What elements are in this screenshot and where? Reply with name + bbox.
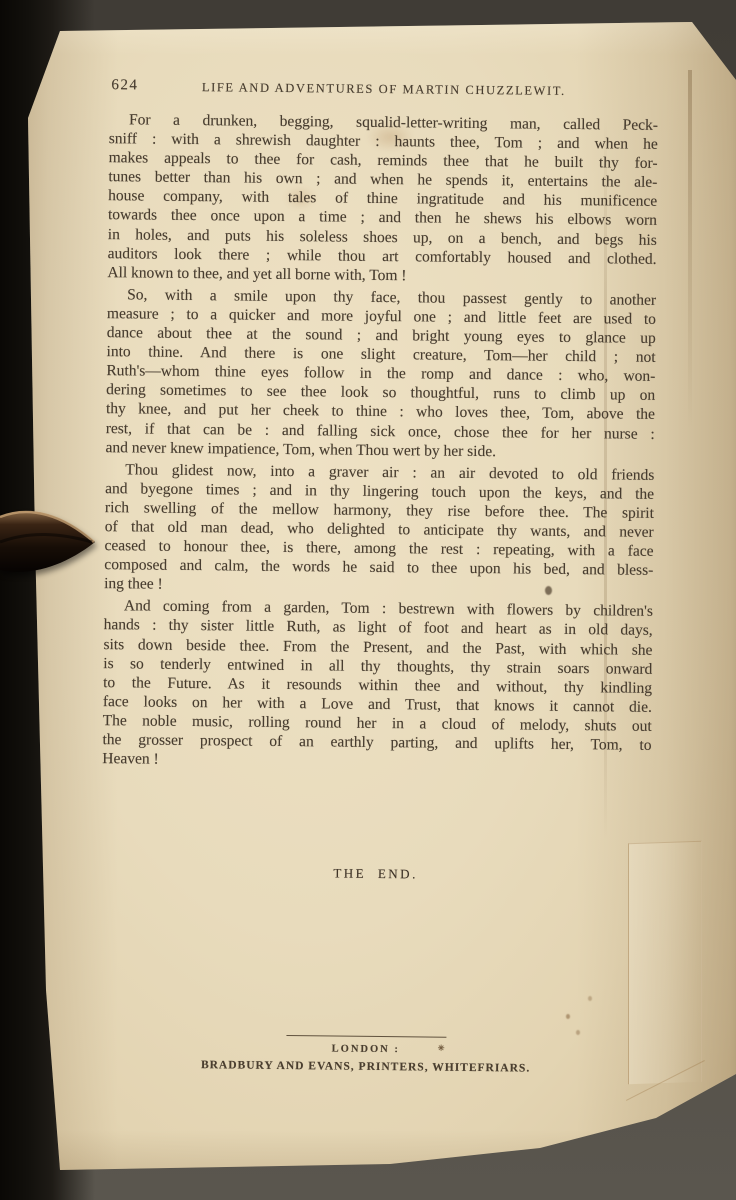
- pen-nib-body: [0, 511, 95, 572]
- paragraph: Thou glidest now, into a graver air : an…: [104, 460, 654, 599]
- imprint-city: LONDON : ✳: [91, 1041, 640, 1058]
- page-header: 624 LIFE AND ADVENTURES OF MARTIN CHUZZL…: [109, 77, 658, 100]
- paragraph: For a drunken, begging, squalid-letter-w…: [107, 110, 658, 288]
- imprint-block: LONDON : ✳ BRADBURY AND EVANS, PRINTERS,…: [91, 1033, 640, 1076]
- imprint-city-text: LONDON :: [332, 1044, 400, 1056]
- pen-nib-object: [0, 500, 100, 588]
- printed-content: 624 LIFE AND ADVENTURES OF MARTIN CHUZZL…: [0, 0, 736, 1200]
- running-title: LIFE AND ADVENTURES OF MARTIN CHUZZLEWIT…: [109, 77, 658, 100]
- the-end-label: THE END.: [101, 863, 650, 885]
- imprint-rule: [286, 1035, 446, 1038]
- paragraph: And coming from a garden, Tom : bestrewn…: [102, 596, 653, 774]
- paragraph: So, with a smile upon thy face, thou pas…: [105, 285, 656, 463]
- printers-mark-icon: ✳: [438, 1044, 445, 1053]
- page-number: 624: [111, 77, 138, 94]
- photo-background: 624 LIFE AND ADVENTURES OF MARTIN CHUZZL…: [0, 0, 736, 1200]
- imprint-printer: BRADBURY AND EVANS, PRINTERS, WHITEFRIAR…: [91, 1058, 640, 1076]
- body-text: For a drunken, begging, squalid-letter-w…: [102, 110, 658, 774]
